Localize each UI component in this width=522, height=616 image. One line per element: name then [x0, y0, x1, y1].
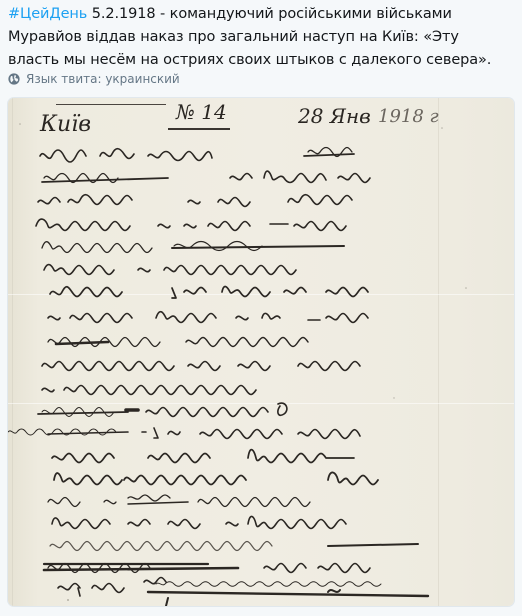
- language-label: Язык твита: украинский: [26, 72, 180, 86]
- hashtag-link[interactable]: #ЦейДень: [8, 6, 87, 22]
- tweet-language: Язык твита: украинский: [8, 70, 180, 88]
- globe-icon: [8, 73, 20, 85]
- handwritten-text: [8, 98, 514, 606]
- tweet-photo[interactable]: Київ № 14 28 Янв 1918 г: [8, 98, 514, 606]
- tweet-text: #ЦейДень 5.2.1918 - командуючий російськ…: [8, 3, 514, 72]
